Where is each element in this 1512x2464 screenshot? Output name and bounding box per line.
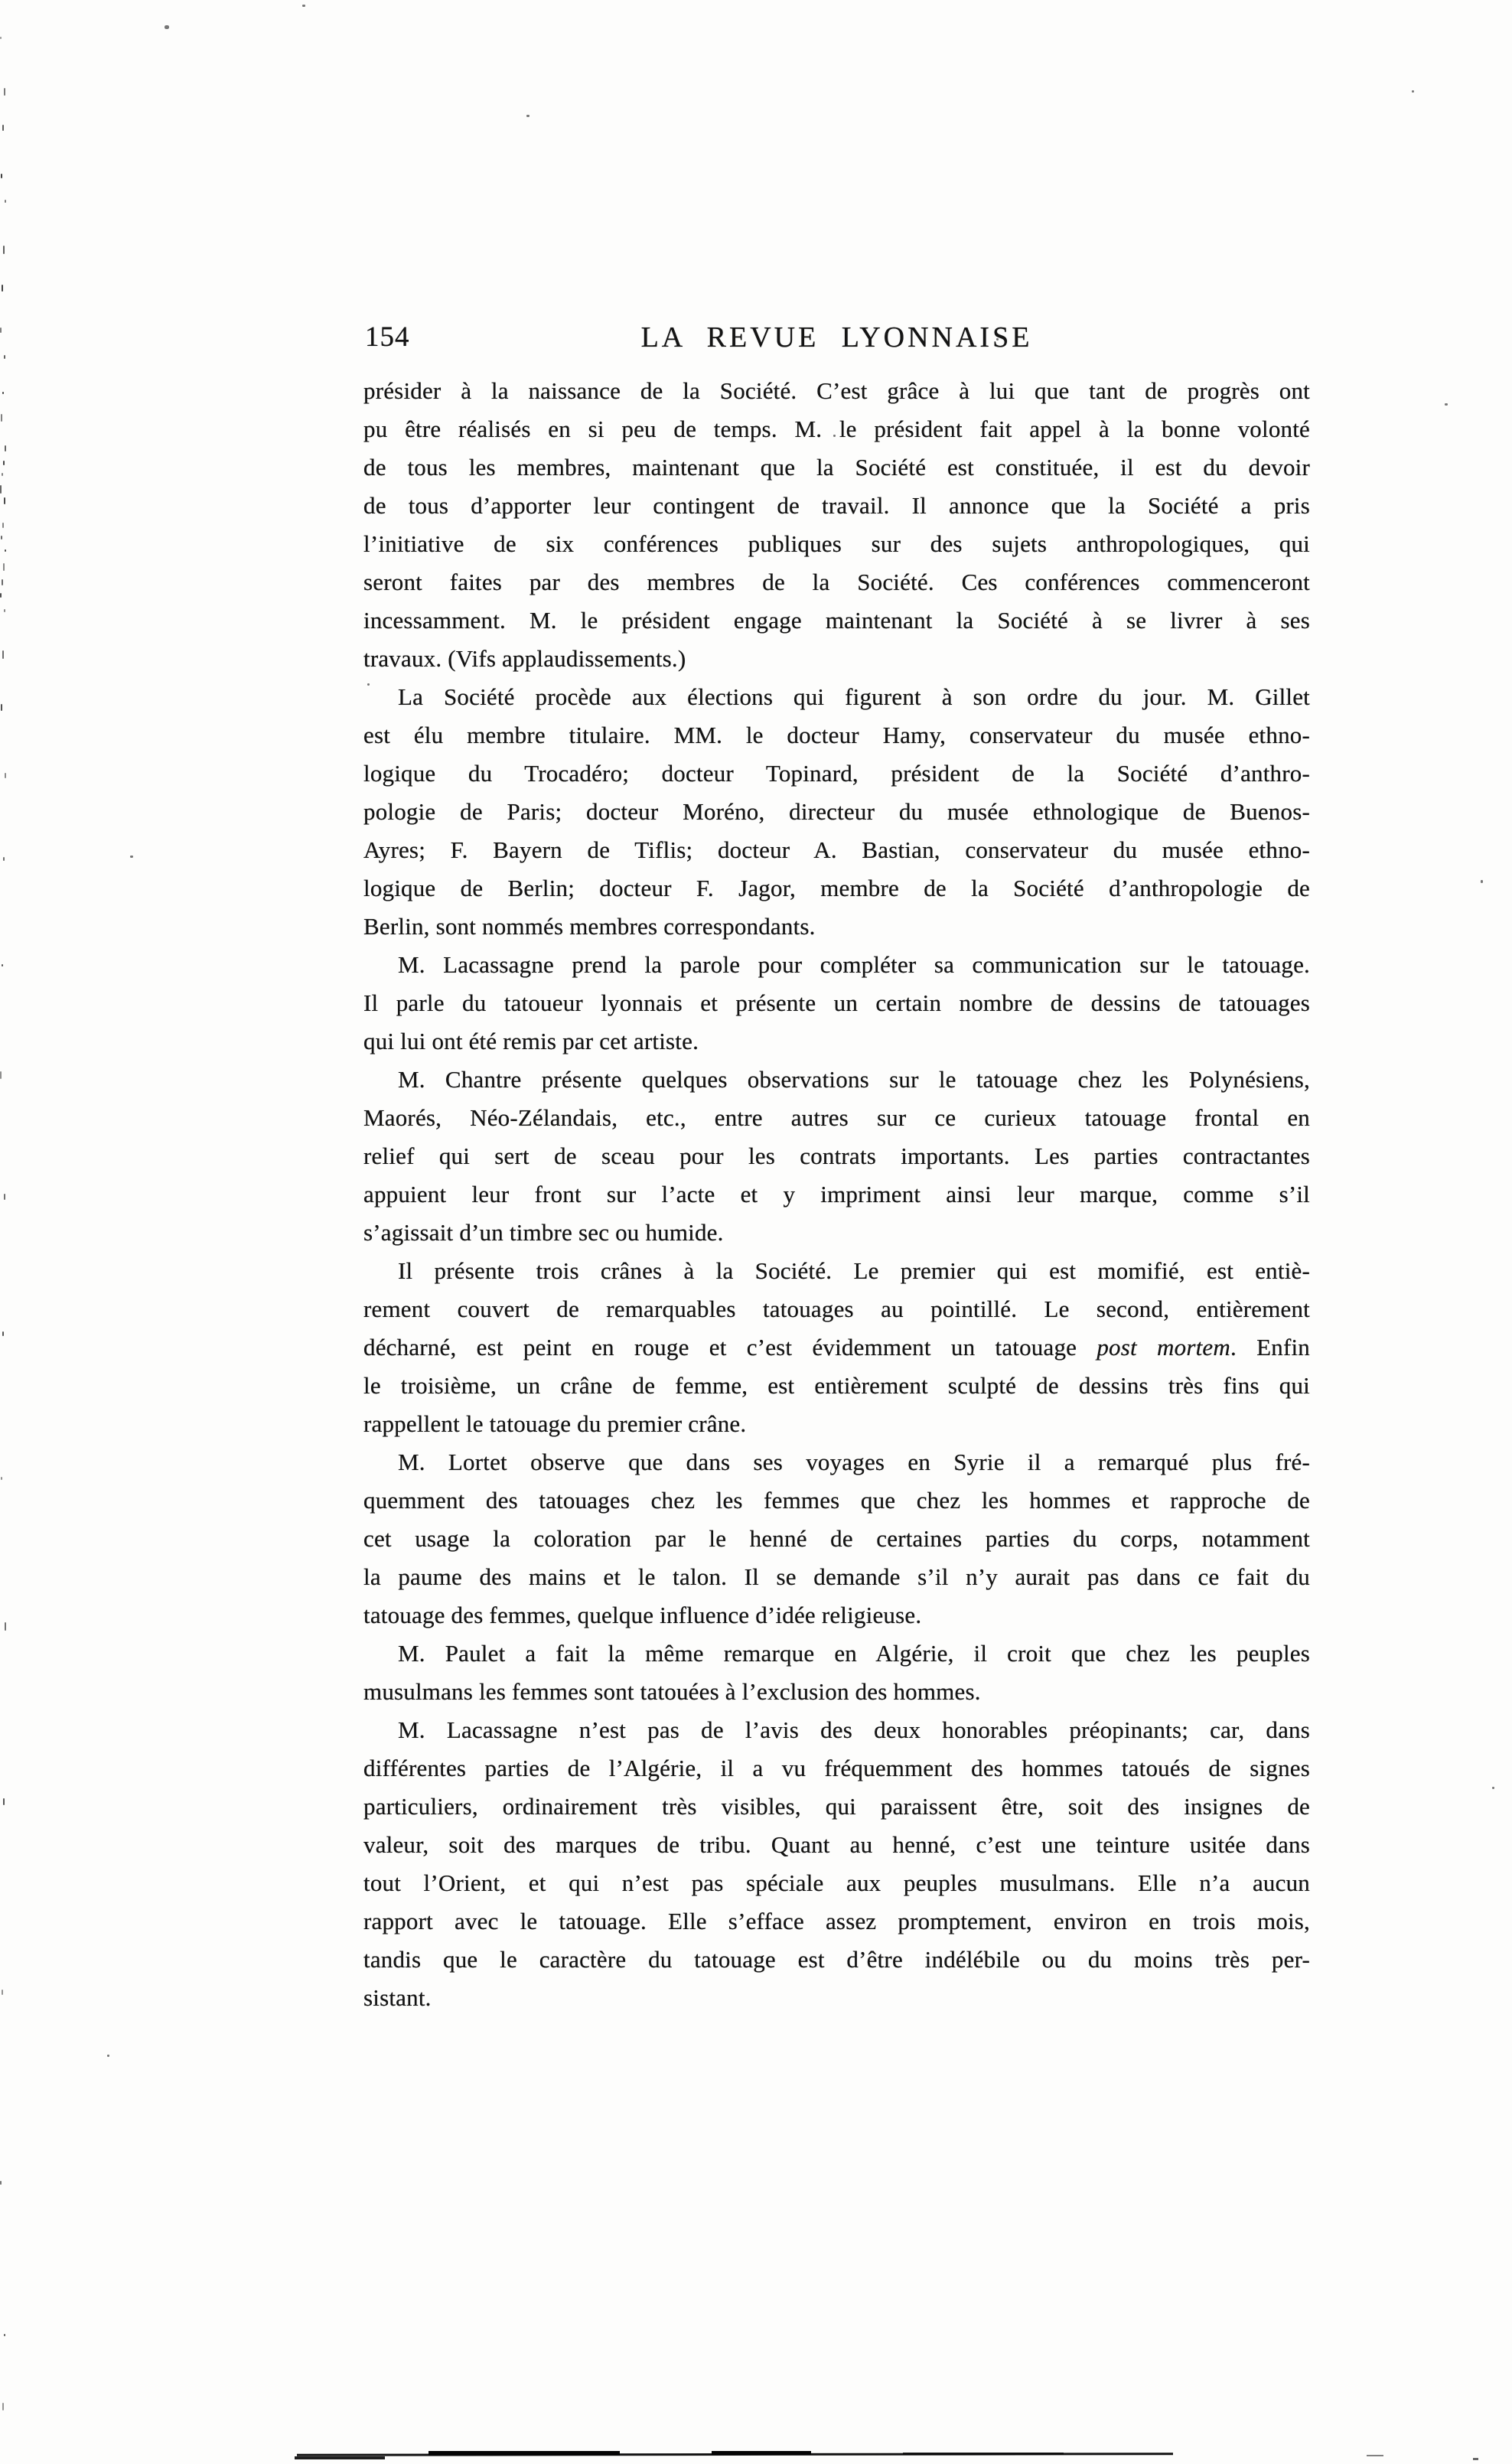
text-segment: M. Lortet observe que dans ses voyages e… <box>398 1449 1310 1475</box>
text-segment: relief qui sert de sceau pour les contra… <box>363 1142 1310 1169</box>
scan-speck <box>996 338 999 341</box>
paragraph: M. Lacassagne prend la parole pour compl… <box>363 946 1310 1061</box>
paragraph: M. Paulet a fait la même remarque en Alg… <box>363 1635 1310 1711</box>
text-line: différentes parties de l’Algérie, il a v… <box>363 1749 1310 1788</box>
text-line: de tous d’apporter leur contingent de tr… <box>363 487 1310 525</box>
text-line: incessamment. M. le président engage mai… <box>363 601 1310 640</box>
scan-speck <box>3 461 5 465</box>
scan-speck <box>2 392 4 394</box>
scan-speck <box>2 2403 4 2410</box>
scan-speck <box>2 650 4 659</box>
text-line: est élu membre titulaire. MM. le docteur… <box>363 716 1310 755</box>
text-segment: quemment des tatouages chez les femmes q… <box>363 1487 1310 1514</box>
paragraph: M. Lortet observe que dans ses voyages e… <box>363 1443 1310 1635</box>
text-segment: M. Lacassagne n’est pas de l’avis des de… <box>398 1716 1310 1743</box>
text-line: logique du Trocadéro; docteur Topinard, … <box>363 755 1310 793</box>
scan-speck <box>4 497 5 504</box>
scan-speck <box>0 593 2 598</box>
text-segment: l’initiative de six conférences publique… <box>363 530 1310 557</box>
text-line: M. Chantre présente quelques observation… <box>363 1061 1310 1099</box>
scan-speck <box>302 5 305 7</box>
scan-speck <box>526 115 530 117</box>
scan-speck <box>4 355 5 359</box>
text-line: travaux. (Vifs applaudissements.) <box>363 640 1310 678</box>
text-line: rement couvert de remarquables tatouages… <box>363 1290 1310 1328</box>
text-segment: la paume des mains et le talon. Il se de… <box>363 1563 1310 1590</box>
text-line: pu être réalisés en si peu de temps. M. … <box>363 410 1310 448</box>
page-edge-line <box>295 2456 385 2459</box>
text-line: tout l’Orient, et qui n’est pas spéciale… <box>363 1864 1310 1902</box>
paragraph: M. Chantre présente quelques observation… <box>363 1061 1310 1252</box>
text-segment: particuliers, ordinairement très visible… <box>363 1793 1310 1820</box>
text-line: relief qui sert de sceau pour les contra… <box>363 1137 1310 1175</box>
scan-speck <box>0 328 2 333</box>
text-segment: différentes parties de l’Algérie, il a v… <box>363 1755 1310 1781</box>
paragraph: Il présente trois crânes à la Société. L… <box>363 1252 1310 1443</box>
scan-speck <box>1 704 2 711</box>
scan-speck <box>3 563 5 571</box>
scan-speck <box>2 579 3 585</box>
page-edge-line <box>712 2451 811 2455</box>
text-line: pologie de Paris; docteur Moréno, direct… <box>363 793 1310 831</box>
text-segment: rappellent le tatouage du premier crâne. <box>363 1410 746 1437</box>
text-segment: La Société procède aux élections qui fig… <box>398 683 1310 710</box>
text-segment: de tous d’apporter leur contingent de tr… <box>363 492 1310 519</box>
text-line: appuient leur front sur l’acte et y impr… <box>363 1175 1310 1214</box>
scan-speck <box>107 2055 109 2057</box>
text-line: l’initiative de six conférences publique… <box>363 525 1310 563</box>
text-segment: appuient leur front sur l’acte et y impr… <box>363 1181 1310 1208</box>
page-header: 154 LA REVUE LYONNAISE <box>363 320 1310 355</box>
text-segment: Il présente trois crânes à la Société. L… <box>398 1257 1310 1284</box>
page-edge-line <box>1367 2455 1383 2456</box>
journal-title: LA REVUE LYONNAISE <box>363 320 1310 355</box>
scan-speck <box>5 200 6 203</box>
text-line: de tous les membres, maintenant que la S… <box>363 448 1310 487</box>
text-segment: incessamment. M. le président engage mai… <box>363 607 1310 634</box>
scan-speck <box>2 285 3 292</box>
scan-speck <box>4 88 5 96</box>
text-segment: Il parle du tatoueur lyonnais et présent… <box>363 989 1310 1016</box>
text-segment: s’agissait d’un timbre sec ou humide. <box>363 1219 724 1246</box>
text-segment: rapport avec le tatouage. Elle s’efface … <box>363 1908 1310 1934</box>
text-segment: sistant. <box>363 1984 432 2011</box>
scan-speck <box>5 445 6 451</box>
scan-speck <box>1492 1787 1494 1789</box>
text-line: tatouage des femmes, quelque influence d… <box>363 1596 1310 1635</box>
page-edge-line <box>1473 2458 1478 2460</box>
text-line: s’agissait d’un timbre sec ou humide. <box>363 1214 1310 1252</box>
text-segment: pu être réalisés en si peu de temps. M. … <box>363 416 1310 442</box>
scan-speck <box>1412 90 1414 93</box>
paragraph: La Société procède aux élections qui fig… <box>363 678 1310 946</box>
text-segment: pologie de Paris; docteur Moréno, direct… <box>363 798 1310 825</box>
scan-speck <box>1 536 2 539</box>
text-line: décharné, est peint en rouge et c’est év… <box>363 1328 1310 1367</box>
text-segment: Berlin, sont nommés membres correspondan… <box>363 913 816 940</box>
scan-speck <box>0 37 2 39</box>
text-line: le troisième, un crâne de femme, est ent… <box>363 1367 1310 1405</box>
text-segment: travaux. (Vifs applaudissements.) <box>363 645 686 672</box>
text-segment: tandis que le caractère du tatouage est … <box>363 1946 1310 1973</box>
scan-speck <box>0 485 2 494</box>
text-line: quemment des tatouages chez les femmes q… <box>363 1481 1310 1520</box>
text-line: seront faites par des membres de la Soci… <box>363 563 1310 601</box>
scan-speck <box>2 473 3 476</box>
paragraph: présider à la naissance de la Société. C… <box>363 372 1310 678</box>
scan-speck <box>4 2334 5 2336</box>
scan-speck <box>3 1798 5 1805</box>
text-segment: tout l’Orient, et qui n’est pas spéciale… <box>363 1869 1310 1896</box>
scan-speck <box>1445 403 1448 406</box>
scan-speck <box>4 609 5 612</box>
italic-text: post mortem <box>1097 1334 1230 1361</box>
text-segment: M. Chantre présente quelques observation… <box>398 1066 1310 1093</box>
scan-speck <box>5 549 6 552</box>
page-edge-line <box>903 2453 1064 2455</box>
text-segment: rement couvert de remarquables tatouages… <box>363 1296 1310 1322</box>
text-line: M. Paulet a fait la même remarque en Alg… <box>363 1635 1310 1673</box>
text-line: logique de Berlin; docteur F. Jagor, mem… <box>363 869 1310 908</box>
scanned-page: 154 LA REVUE LYONNAISE présider à la nai… <box>0 0 1512 2464</box>
text-line: M. Lortet observe que dans ses voyages e… <box>363 1443 1310 1481</box>
text-line: musulmans les femmes sont tatouées à l’e… <box>363 1673 1310 1711</box>
text-line: Berlin, sont nommés membres correspondan… <box>363 908 1310 946</box>
text-segment: musulmans les femmes sont tatouées à l’e… <box>363 1678 981 1705</box>
scan-speck <box>1 414 2 422</box>
scan-speck <box>3 246 5 254</box>
text-line: Ayres; F. Bayern de Tiflis; docteur A. B… <box>363 831 1310 869</box>
scan-speck <box>367 683 370 686</box>
scan-speck <box>0 2181 2 2185</box>
scan-speck <box>833 435 836 437</box>
text-segment: seront faites par des membres de la Soci… <box>363 569 1310 595</box>
text-line: particuliers, ordinairement très visible… <box>363 1788 1310 1826</box>
text-line: rapport avec le tatouage. Elle s’efface … <box>363 1902 1310 1941</box>
text-line: La Société procède aux élections qui fig… <box>363 678 1310 716</box>
text-segment: . Enfin <box>1230 1334 1310 1361</box>
scan-speck <box>1 1477 2 1480</box>
text-segment: présider à la naissance de la Société. C… <box>363 377 1310 404</box>
scan-speck <box>2 1331 4 1336</box>
scan-speck <box>1 174 2 178</box>
scan-speck <box>5 1622 6 1631</box>
text-segment: Ayres; F. Bayern de Tiflis; docteur A. B… <box>363 836 1310 863</box>
scan-speck <box>0 1071 2 1079</box>
text-segment: qui lui ont été remis par cet artiste. <box>363 1028 699 1054</box>
text-line: rappellent le tatouage du premier crâne. <box>363 1405 1310 1443</box>
text-line: Maorés, Néo-Zélandais, etc., entre autre… <box>363 1099 1310 1137</box>
paragraph: M. Lacassagne n’est pas de l’avis des de… <box>363 1711 1310 2017</box>
scan-speck <box>5 773 6 778</box>
text-line: la paume des mains et le talon. Il se de… <box>363 1558 1310 1596</box>
scan-speck <box>2 523 4 528</box>
text-line: valeur, soit des marques de tribu. Quant… <box>363 1826 1310 1864</box>
scan-speck <box>2 1990 3 1995</box>
scan-speck <box>4 1194 5 1200</box>
text-block: présider à la naissance de la Société. C… <box>363 372 1310 2017</box>
text-segment: le troisième, un crâne de femme, est ent… <box>363 1372 1310 1399</box>
scan-speck <box>1481 880 1483 883</box>
scan-speck <box>2 964 3 966</box>
text-segment: M. Paulet a fait la même remarque en Alg… <box>398 1640 1310 1667</box>
scan-speck <box>3 857 5 861</box>
scan-speck <box>130 856 133 858</box>
scan-speck <box>165 25 169 29</box>
text-segment: logique de Berlin; docteur F. Jagor, mem… <box>363 875 1310 901</box>
text-line: cet usage la coloration par le henné de … <box>363 1520 1310 1558</box>
text-line: présider à la naissance de la Société. C… <box>363 372 1310 410</box>
text-segment: cet usage la coloration par le henné de … <box>363 1525 1310 1552</box>
text-line: tandis que le caractère du tatouage est … <box>363 1941 1310 1979</box>
text-line: qui lui ont été remis par cet artiste. <box>363 1022 1310 1061</box>
text-segment: tatouage des femmes, quelque influence d… <box>363 1602 921 1628</box>
text-line: Il présente trois crânes à la Société. L… <box>363 1252 1310 1290</box>
text-segment: Maorés, Néo-Zélandais, etc., entre autre… <box>363 1104 1310 1131</box>
text-line: sistant. <box>363 1979 1310 2017</box>
text-segment: décharné, est peint en rouge et c’est év… <box>363 1334 1097 1361</box>
text-segment: de tous les membres, maintenant que la S… <box>363 454 1310 481</box>
text-line: M. Lacassagne n’est pas de l’avis des de… <box>363 1711 1310 1749</box>
scan-speck <box>2 125 4 131</box>
text-segment: est élu membre titulaire. MM. le docteur… <box>363 722 1310 748</box>
page-edge-line <box>429 2451 620 2456</box>
text-segment: M. Lacassagne prend la parole pour compl… <box>398 951 1310 978</box>
text-line: M. Lacassagne prend la parole pour compl… <box>363 946 1310 984</box>
text-segment: valeur, soit des marques de tribu. Quant… <box>363 1831 1310 1858</box>
text-line: Il parle du tatoueur lyonnais et présent… <box>363 984 1310 1022</box>
text-segment: logique du Trocadéro; docteur Topinard, … <box>363 760 1310 787</box>
